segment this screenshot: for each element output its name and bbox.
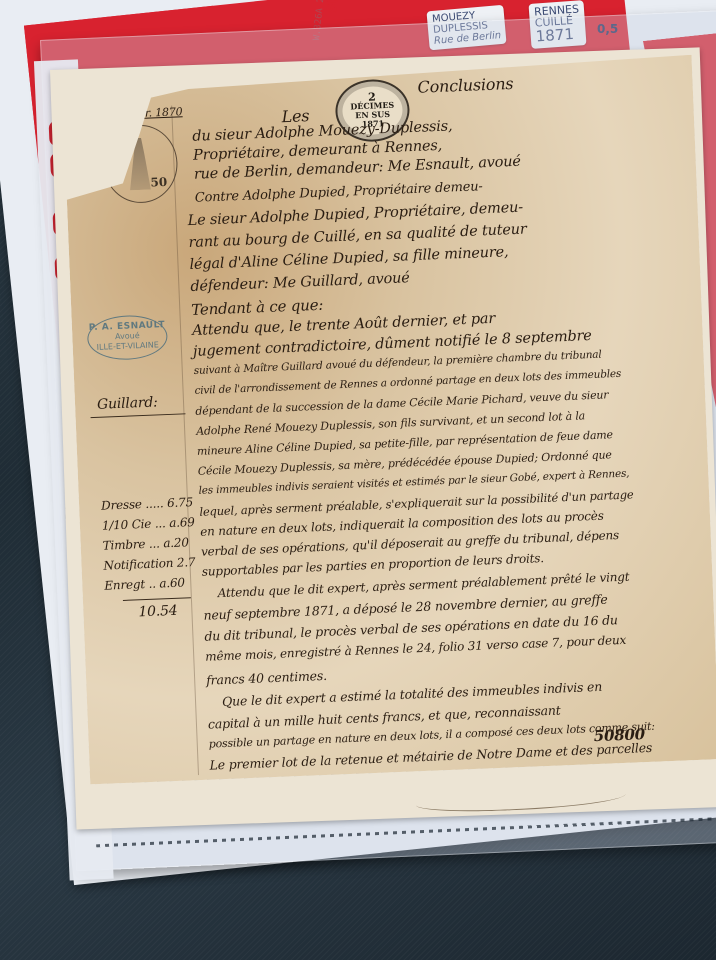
fee-label: Dresse — [101, 497, 142, 513]
total-rule — [123, 597, 191, 601]
fee-row: Dresse ..... 6.75 — [101, 495, 193, 513]
fee-label: 1/10 Cie — [102, 517, 152, 533]
doc-line: défendeur: Me Guillard, avoué — [190, 270, 410, 295]
fee-label: Enregt — [104, 577, 145, 593]
fee-row: Timbre ... a.20 — [102, 535, 189, 552]
margin-line — [171, 106, 199, 776]
notary-stamp: P. A. ESNAULT Avoué ILLE-ET-VILAINE — [87, 314, 169, 361]
fee-value: a.60 — [159, 575, 185, 590]
margin-avoue-name: Guillard: — [97, 394, 158, 412]
ink-flourish — [415, 785, 626, 813]
seal-value: 50 — [150, 175, 167, 190]
lot-amount: 50800 — [593, 725, 645, 745]
heading-left: Les — [281, 106, 309, 126]
fee-value: a.20 — [163, 535, 189, 550]
fee-row: 1/10 Cie ... a.69 — [102, 515, 195, 533]
fee-row: Enregt .. a.60 — [104, 575, 185, 592]
fee-value: 6.75 — [167, 495, 193, 510]
fee-total: 10.54 — [138, 603, 178, 621]
fee-label: Timbre — [102, 537, 145, 553]
fee-row: Notification 2.7 — [103, 555, 195, 573]
doc-line: Tendant à ce que: — [191, 296, 324, 319]
notary-stamp-line: ILLE-ET-VILAINE — [89, 340, 167, 353]
doc-line: Contre Adolphe Dupied, Propriétaire deme… — [195, 179, 483, 206]
handwritten-document: arr. 1870 50 2 DÉCIMES EN SUS 1871 Les C… — [62, 55, 716, 785]
fee-label: Notification — [103, 556, 173, 573]
doc-line: francs 40 centimes. — [206, 668, 327, 688]
fee-value: 2.7 — [177, 555, 196, 570]
margin-rule — [91, 413, 186, 418]
heading-right: Conclusions — [417, 74, 514, 97]
fee-value: a.69 — [169, 515, 195, 530]
